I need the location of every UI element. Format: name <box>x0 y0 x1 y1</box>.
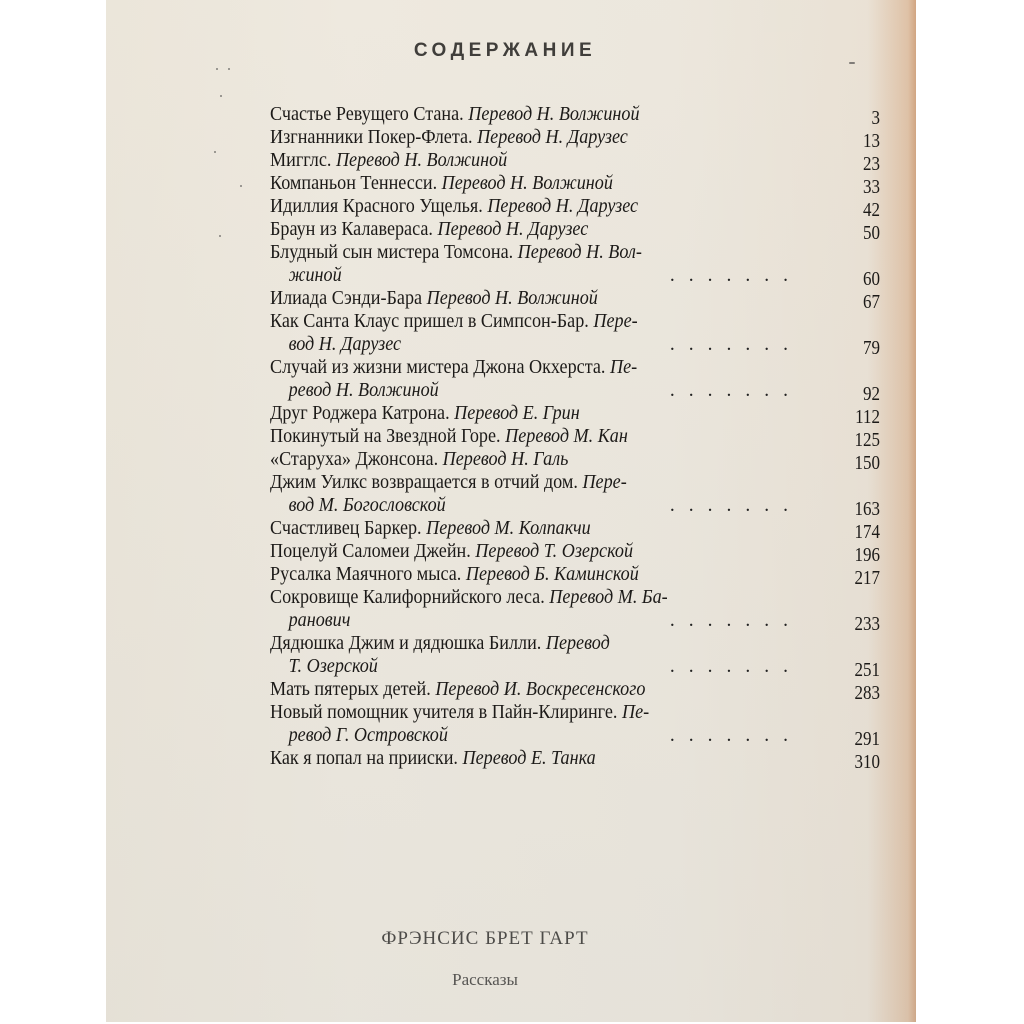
story-title: Как я попал на прииски. <box>270 748 458 769</box>
story-title: Мать пятерых детей. <box>270 679 431 700</box>
leader-dots: ....... <box>670 333 802 356</box>
story-title: Счастье Ревущего Стана. <box>270 104 464 125</box>
toc-entry: Друг Роджера Катрона. Перевод Е. Грин112 <box>270 402 880 425</box>
translator-credit: Перевод М. Ба- <box>549 587 667 608</box>
toc-entry-continuation: ревод Г. Островской.......291 <box>270 724 880 747</box>
print-speck <box>216 68 218 70</box>
translator-credit: Перевод Н. Волжиной <box>468 104 639 125</box>
story-title: Друг Роджера Катрона. <box>270 403 450 424</box>
story-title: Мигглс. <box>270 150 331 171</box>
translator-credit-continued: ревод Н. Волжиной <box>270 379 439 402</box>
table-of-contents: Счастье Ревущего Стана. Перевод Н. Волжи… <box>270 103 880 770</box>
story-title: Блудный сын мистера Томсона. <box>270 242 513 263</box>
translator-credit: Перевод Н. Дарузес <box>438 219 589 240</box>
leader-dots: ....... <box>670 609 802 632</box>
translator-credit-continued: жиной <box>270 264 342 287</box>
translator-credit: Перевод Н. Волжиной <box>442 173 613 194</box>
translator-credit-continued: Т. Озерской <box>270 655 378 678</box>
translator-credit: Перевод М. Кан <box>505 426 628 447</box>
toc-entry-continuation: вод Н. Дарузес.......79 <box>270 333 880 356</box>
translator-credit: Перевод Н. Дарузес <box>477 127 628 148</box>
toc-entry: Как Санта Клаус пришел в Симпсон-Бар. Пе… <box>270 310 880 333</box>
leader-dots: ....... <box>670 494 802 517</box>
page-number: 310 <box>829 751 880 774</box>
toc-entry: Блудный сын мистера Томсона. Перевод Н. … <box>270 241 880 264</box>
translator-credit: Пе- <box>622 702 649 723</box>
toc-entry: Илиада Сэнди-Бара Перевод Н. Волжиной67 <box>270 287 880 310</box>
story-title: Браун из Калавераса. <box>270 219 433 240</box>
story-title: Дядюшка Джим и дядюшка Билли. <box>270 633 541 654</box>
translator-credit: Перевод Н. Галь <box>443 449 569 470</box>
translator-credit: Перевод Н. Волжиной <box>336 150 507 171</box>
toc-entry: Покинутый на Звездной Горе. Перевод М. К… <box>270 425 880 448</box>
story-title: Поцелуй Саломеи Джейн. <box>270 541 471 562</box>
translator-credit: Перевод <box>546 633 610 654</box>
leader-dots: ....... <box>670 724 802 747</box>
story-title: Илиада Сэнди-Бара <box>270 288 422 309</box>
translator-credit-continued: ранович <box>270 609 350 632</box>
leader-dots: ....... <box>670 264 802 287</box>
author-name: ФРЭНСИС БРЕТ ГАРТ <box>80 928 890 950</box>
story-title: «Старуха» Джонсона. <box>270 449 438 470</box>
book-subtitle: Рассказы <box>80 970 890 990</box>
story-title: Счастливец Баркер. <box>270 518 422 539</box>
toc-entry: Компаньон Теннесси. Перевод Н. Волжиной3… <box>270 172 880 195</box>
toc-entry: Мигглс. Перевод Н. Волжиной23 <box>270 149 880 172</box>
leader-dots: ....... <box>670 655 802 678</box>
translator-credit: Перевод И. Воскресенского <box>435 679 645 700</box>
toc-entry-continuation: Т. Озерской.......251 <box>270 655 880 678</box>
toc-entry: Случай из жизни мистера Джона Окхерста. … <box>270 356 880 379</box>
leader-dots: ....... <box>670 379 802 402</box>
toc-entry: Джим Уилкс возвращается в отчий дом. Пер… <box>270 471 880 494</box>
story-title: Случай из жизни мистера Джона Окхерста. <box>270 357 605 378</box>
story-title: Новый помощник учителя в Пайн-Клиринге. <box>270 702 617 723</box>
toc-entry: Счастливец Баркер. Перевод М. Колпакчи17… <box>270 517 880 540</box>
translator-credit: Перевод Б. Каминской <box>466 564 639 585</box>
print-speck <box>240 185 242 187</box>
print-speck <box>228 68 230 70</box>
translator-credit: Перевод Е. Танка <box>463 748 596 769</box>
print-speck <box>220 95 222 97</box>
translator-credit: Пе- <box>610 357 637 378</box>
translator-credit-continued: ревод Г. Островской <box>270 724 448 747</box>
toc-entry: Мать пятерых детей. Перевод И. Воскресен… <box>270 678 880 701</box>
toc-entry-continuation: ранович.......233 <box>270 609 880 632</box>
translator-credit: Перевод Е. Грин <box>454 403 580 424</box>
story-title: Компаньон Теннесси. <box>270 173 437 194</box>
translator-credit: Перевод Н. Волжиной <box>427 288 598 309</box>
translator-credit: Перевод Т. Озерской <box>475 541 633 562</box>
translator-credit: Перевод М. Колпакчи <box>426 518 591 539</box>
translator-credit-continued: вод Н. Дарузес <box>270 333 401 356</box>
toc-entry: Дядюшка Джим и дядюшка Билли. Перевод <box>270 632 880 655</box>
toc-entry: Поцелуй Саломеи Джейн. Перевод Т. Озерск… <box>270 540 880 563</box>
translator-credit: Пере- <box>593 311 637 332</box>
toc-entry: Русалка Маячного мыса. Перевод Б. Каминс… <box>270 563 880 586</box>
story-title: Русалка Маячного мыса. <box>270 564 461 585</box>
translator-credit: Пере- <box>582 472 626 493</box>
toc-entry: Счастье Ревущего Стана. Перевод Н. Волжи… <box>270 103 880 126</box>
print-speck <box>849 62 855 64</box>
story-title: Покинутый на Звездной Горе. <box>270 426 501 447</box>
story-title: Изгнанники Покер-Флета. <box>270 127 473 148</box>
toc-entry-continuation: вод М. Богословской.......163 <box>270 494 880 517</box>
toc-entry: Сокровище Калифорнийского леса. Перевод … <box>270 586 880 609</box>
toc-entry: «Старуха» Джонсона. Перевод Н. Галь150 <box>270 448 880 471</box>
story-title: Джим Уилкс возвращается в отчий дом. <box>270 472 578 493</box>
toc-entry: Браун из Калавераса. Перевод Н. Дарузес5… <box>270 218 880 241</box>
translator-credit: Перевод Н. Дарузес <box>487 196 638 217</box>
translator-credit: Перевод Н. Вол- <box>518 242 642 263</box>
contents-heading: СОДЕРЖАНИЕ <box>80 40 890 62</box>
toc-entry-continuation: жиной.......60 <box>270 264 880 287</box>
print-speck <box>219 235 221 237</box>
print-speck <box>214 151 216 153</box>
toc-entry: Изгнанники Покер-Флета. Перевод Н. Даруз… <box>270 126 880 149</box>
toc-entry: Идиллия Красного Ущелья. Перевод Н. Дару… <box>270 195 880 218</box>
story-title: Как Санта Клаус пришел в Симпсон-Бар. <box>270 311 589 332</box>
story-title: Идиллия Красного Ущелья. <box>270 196 483 217</box>
translator-credit-continued: вод М. Богословской <box>270 494 446 517</box>
toc-entry: Новый помощник учителя в Пайн-Клиринге. … <box>270 701 880 724</box>
toc-entry: Как я попал на прииски. Перевод Е. Танка… <box>270 747 880 770</box>
story-title: Сокровище Калифорнийского леса. <box>270 587 545 608</box>
toc-entry-continuation: ревод Н. Волжиной.......92 <box>270 379 880 402</box>
